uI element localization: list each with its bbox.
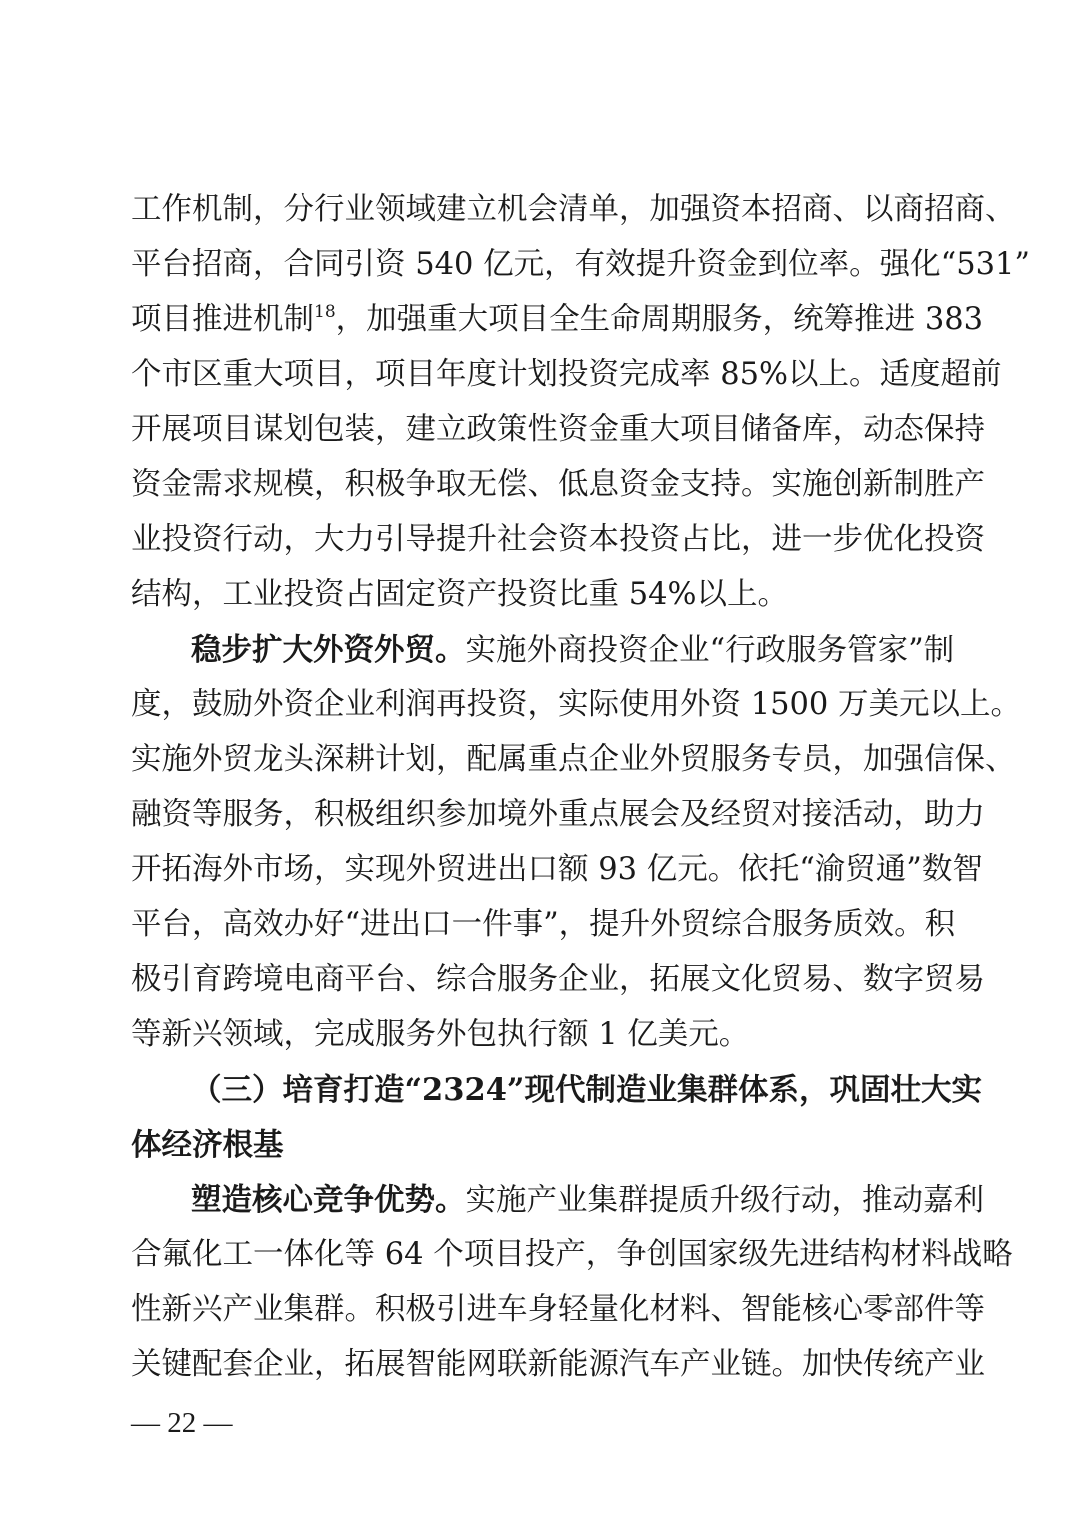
text-line: 融资等服务，积极组织参加境外重点展会及经贸对接活动，助力 — [131, 795, 945, 835]
text-segment: ，加强重大项目全生命周期服务，统筹推进 383 — [336, 302, 983, 337]
text-line: 项目推进机制18，加强重大项目全生命周期服务，统筹推进 383 — [131, 300, 945, 340]
text-line: 合氟化工一体化等 64 个项目投产，争创国家级先进结构材料战略 — [131, 1235, 945, 1275]
text-line: 工作机制，分行业领域建立机会清单，加强资本招商、以商招商、 — [131, 190, 945, 230]
text-segment: 实施外商投资企业“行政服务管家”制 — [466, 633, 955, 668]
text-line: 实施外贸龙头深耕计划，配属重点企业外贸服务专员，加强信保、 — [131, 740, 945, 780]
text-line: 结构，工业投资占固定资产投资比重 54%以上。 — [131, 575, 945, 615]
page-number: — 22 — — [131, 1403, 233, 1443]
text-segment: 项目推进机制 — [131, 302, 314, 337]
document-page: 工作机制，分行业领域建立机会清单，加强资本招商、以商招商、 平台招商，合同引资 … — [0, 0, 1074, 1520]
paragraph-lead: 稳步扩大外资外贸。 — [191, 632, 466, 668]
text-line: 平台招商，合同引资 540 亿元，有效提升资金到位率。强化“531” — [131, 245, 945, 285]
footnote-reference: 18 — [314, 302, 336, 322]
text-segment: 实施产业集群提质升级行动，推动嘉利 — [466, 1183, 985, 1218]
text-line: 业投资行动，大力引导提升社会资本投资占比，进一步优化投资 — [131, 520, 945, 560]
paragraph-lead: 塑造核心竞争优势。 — [191, 1182, 466, 1218]
text-line: 度，鼓励外资企业利润再投资，实际使用外资 1500 万美元以上。 — [131, 685, 945, 725]
text-line: 资金需求规模，积极争取无偿、低息资金支持。实施创新制胜产 — [131, 465, 945, 505]
text-line: 开展项目谋划包装，建立政策性资金重大项目储备库，动态保持 — [131, 410, 945, 450]
text-line: 关键配套企业，拓展智能网联新能源汽车产业链。加快传统产业 — [131, 1345, 945, 1385]
section-heading: （三）培育打造“2324”现代制造业集群体系，巩固壮大实 — [191, 1070, 945, 1110]
section-heading-continuation: 体经济根基 — [131, 1125, 945, 1165]
text-line: 塑造核心竞争优势。实施产业集群提质升级行动，推动嘉利 — [191, 1180, 945, 1220]
text-line: 稳步扩大外资外贸。实施外商投资企业“行政服务管家”制 — [191, 630, 945, 670]
text-line: 性新兴产业集群。积极引进车身轻量化材料、智能核心零部件等 — [131, 1290, 945, 1330]
text-line: 等新兴领域，完成服务外包执行额 1 亿美元。 — [131, 1015, 945, 1055]
text-line: 平台，高效办好“进出口一件事”，提升外贸综合服务质效。积 — [131, 905, 945, 945]
text-line: 个市区重大项目，项目年度计划投资完成率 85%以上。适度超前 — [131, 355, 945, 395]
text-line: 开拓海外市场，实现外贸进出口额 93 亿元。依托“渝贸通”数智 — [131, 850, 945, 890]
text-line: 极引育跨境电商平台、综合服务企业，拓展文化贸易、数字贸易 — [131, 960, 945, 1000]
